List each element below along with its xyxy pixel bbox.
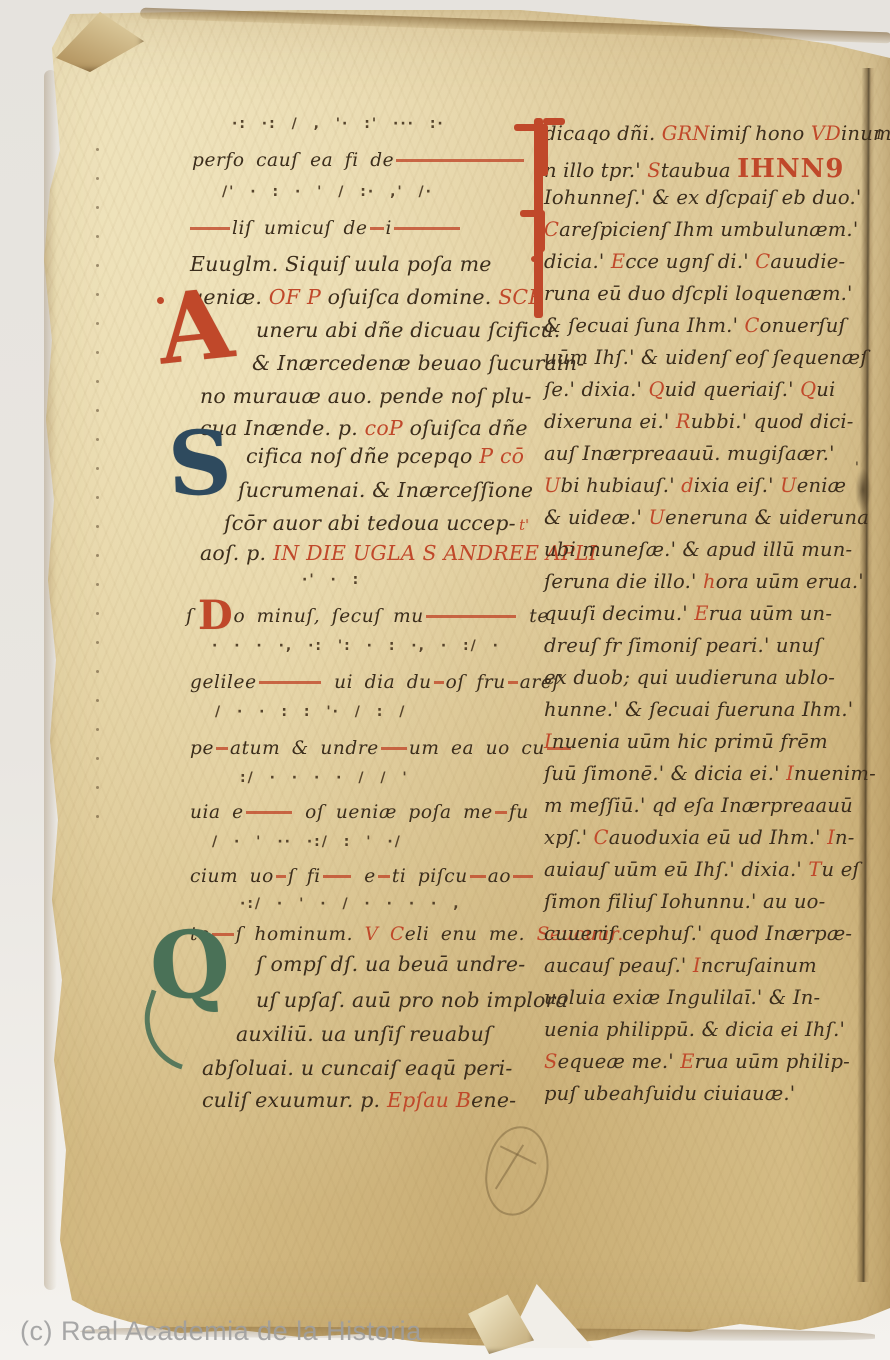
red-dot <box>157 297 164 304</box>
prick-mark <box>96 235 99 238</box>
rubric-text: E <box>694 602 708 625</box>
gospel-text-line: m meſſiū.' qd eſa Inærpreaauū <box>544 794 853 817</box>
body-text: ſ fi <box>288 866 321 887</box>
rubric-text: I <box>693 954 701 977</box>
prick-mark <box>96 380 99 383</box>
gospel-text-line: & uideæ.' Ueneruna & uideruna <box>544 506 869 529</box>
body-text: rua uūm un- <box>709 602 832 625</box>
gospel-text-line: ſeruna die illo.' hora uūm erua.' <box>544 570 864 593</box>
body-text: auudie- <box>770 250 845 273</box>
text-line: aoſ. p. IN DIE UGLA S ANDREE APLI <box>190 541 597 565</box>
body-text: i <box>386 218 393 239</box>
rubric-text: C <box>755 250 770 273</box>
body-text: nuenim- <box>794 762 876 785</box>
text-line: abſoluai. u cuncaiſ eaqū peri- <box>190 1056 513 1080</box>
body-text: onuerſuſ <box>760 314 846 337</box>
text-line: cua Inænde. p. coP oſuiſca dñe <box>190 416 528 440</box>
prick-mark <box>96 583 99 586</box>
chant-extender-line <box>216 747 228 750</box>
rubric-text: Q <box>648 378 664 401</box>
rubric-text: I <box>827 826 835 849</box>
chant-line: perfo cauſ ea fi de <box>192 150 526 171</box>
body-text: ti piſcu <box>392 866 468 887</box>
chant-extender-line <box>370 227 384 230</box>
body-text: runa eū duo dſcpli loquenæm.' <box>544 282 853 305</box>
body-text: auoduxia eū ud Ihm.' <box>609 826 827 849</box>
chant-extender-line <box>394 227 460 230</box>
body-text: no murauæ auo. pende noſ plu- <box>200 384 532 408</box>
initial-arm <box>520 210 538 217</box>
body-text: pe <box>190 738 214 759</box>
rubric-text: coP <box>365 416 403 440</box>
text-line: auxiliū. ua unſiſ reuabuſ <box>190 1022 492 1046</box>
body-text: ene- <box>471 1088 516 1112</box>
text-line: ſcōr auor abi tedoua uccep- <box>190 511 516 535</box>
gospel-text-line: runa eū duo dſcpli loquenæm.' <box>544 282 853 305</box>
body-text: ao <box>488 866 511 887</box>
prick-mark <box>96 699 99 702</box>
body-text: eniæ <box>797 474 846 497</box>
body-text: abſoluai. u cuncaiſ eaqū peri- <box>202 1056 513 1080</box>
line-filler-ornament <box>520 210 545 252</box>
neume-row: /' · : · ' / :· ,' /· <box>222 184 433 200</box>
body-text: aoſ. p. <box>200 541 273 565</box>
rubric-text: OF P <box>269 285 321 309</box>
rubric-text: IHNN9 <box>737 154 844 184</box>
body-text: dreuſ fr ſimoniſ peari.' unuſ <box>544 634 822 657</box>
body-text: uūm Ihſ.' & uidenſ eoſ ſequenæſ <box>544 346 868 369</box>
gospel-text-line: puſ ubeahſuidu ciuiauæ.' <box>544 1082 795 1105</box>
initial-D: D <box>198 598 233 634</box>
gospel-text-line: n illo tpr.' Staubua IHNN9 <box>544 154 844 184</box>
body-text: cium uo <box>190 866 274 887</box>
body-text: eneruna & uideruna <box>665 506 869 529</box>
rubric-text: GRN <box>662 122 710 145</box>
body-text: oſ fru <box>446 672 506 693</box>
chant-extender-line <box>246 811 292 814</box>
body-text: taubua <box>661 159 737 182</box>
body-text: um ea uo cu <box>409 738 545 759</box>
gospel-text-line: Iohunneſ.' & ex dſcpaiſ eb duo.' <box>544 186 862 209</box>
body-text: aucauſ peauſ.' <box>544 954 693 977</box>
neume-row: :/ · · · · / / ' <box>240 770 409 786</box>
gospel-text-line: ex duob; qui uudieruna ublo- <box>544 666 835 689</box>
body-text: ſ hominum. <box>236 924 365 945</box>
chant-extender-line <box>381 747 407 750</box>
gospel-text-line: uoluia exiæ Ingulilaī.' & In- <box>544 986 820 1009</box>
gospel-text-line: Sequeæ me.' Erua uūm philip- <box>544 1050 850 1073</box>
body-text: o minuſ, ſecuſ mu <box>233 606 423 627</box>
rubric-text: E <box>680 1050 694 1073</box>
gospel-text-line: Careſpicienſ Ihm umbulunæm.' <box>544 218 858 241</box>
body-text: imiſ hono <box>710 122 811 145</box>
body-text: equeæ me.' <box>558 1050 681 1073</box>
rubric-text: C <box>390 924 405 945</box>
body-text: rua uūm philip- <box>695 1050 850 1073</box>
gospel-text-line: Ubi hubiauſ.' dixia eiſ.' Ueniæ <box>544 474 846 497</box>
chant-extender-line <box>378 875 390 878</box>
body-text: ui <box>816 378 835 401</box>
gospel-text-line: uenia philippū. & dicia ei Ihſ.' <box>544 1018 845 1041</box>
chant-extender-line <box>276 875 286 878</box>
chant-extender-line <box>323 875 351 878</box>
rubric-text: U <box>648 506 665 529</box>
doodle-line <box>500 1145 537 1164</box>
text-line: culiſ exuumur. p. Epſau Bene- <box>190 1088 516 1112</box>
body-text: auxiliū. ua unſiſ reuabuſ <box>236 1022 492 1046</box>
chant-extender-line <box>495 811 507 814</box>
body-text: ex duob; qui uudieruna ublo- <box>544 666 835 689</box>
chant-extender-line <box>396 159 524 162</box>
rubric-text: B <box>456 1088 471 1112</box>
body-text: ſ ompſ dſ. ua beuā undre- <box>256 952 525 976</box>
body-text: ſeruna die illo.' <box>544 570 703 593</box>
rubric-text: E <box>611 250 625 273</box>
chant-extender-line <box>259 681 321 684</box>
body-text: ſcōr auor abi tedoua uccep- <box>224 511 516 535</box>
body-text: nuenia uūm hic primū frēm <box>552 730 828 753</box>
rubric-text: I <box>786 762 794 785</box>
gospel-text-line: uūm Ihſ.' & uidenſ eoſ ſequenæſ <box>544 346 868 369</box>
rubric-text: d <box>681 474 694 497</box>
margin-mark: ' <box>855 460 859 476</box>
prick-mark <box>96 206 99 209</box>
rubric-text: I <box>544 730 552 753</box>
chant-extender-line <box>470 875 486 878</box>
red-dot <box>531 256 537 262</box>
body-text: cce ugnſ di.' <box>625 250 755 273</box>
neume-row: · · · ·, ·: ': · : ·, · :/ · <box>212 638 500 654</box>
text-line: no murauæ auo. pende noſ plu- <box>190 384 532 408</box>
body-text: bi hubiauſ.' <box>561 474 682 497</box>
body-text: ui dia du <box>323 672 432 693</box>
prick-mark <box>96 641 99 644</box>
initial-arm <box>514 124 540 131</box>
gospel-text-line: ſuū ſimonē.' & dicia ei.' Inuenim- <box>544 762 876 785</box>
initial-stem <box>540 124 548 176</box>
body-text: uia e <box>190 802 244 823</box>
prick-mark <box>96 409 99 412</box>
body-text: auiauſ uūm eū Ihſ.' dixia.' <box>544 858 808 881</box>
body-text: hunne.' & ſecuai fueruna Ihm.' <box>544 698 853 721</box>
text-line: Euuglm. Siquiſ uula poſa me <box>190 252 492 276</box>
body-text: fu <box>509 802 529 823</box>
text-line: cifica noſ dñe pcepqo P cō <box>190 444 524 468</box>
body-text: uſ upſaſ. auū pro nob implora <box>256 988 568 1012</box>
initial-S: S <box>167 423 233 504</box>
neume-row: / · · : : '· / : / <box>215 704 406 720</box>
gospel-text-line: cuueriſ cephuſ.' quod Inærpæ- <box>544 922 852 945</box>
body-text: ſe.' dixia.' <box>544 378 648 401</box>
chant-extender-line <box>190 227 230 230</box>
body-text: quuſi decimu.' <box>544 602 694 625</box>
body-text: perfo cauſ ea fi de <box>192 150 394 171</box>
prick-mark <box>96 612 99 615</box>
rubric-text: S <box>647 159 661 182</box>
body-text: & Inærcedenæ beuao ſucurain- <box>252 351 584 375</box>
body-text: oſ ueniæ poſa me <box>294 802 493 823</box>
chant-line: uia e oſ ueniæ poſa mefu <box>190 802 529 823</box>
text-line: ſ ompſ dſ. ua beuā undre- <box>190 952 525 976</box>
neume-row: / · ' ·· ·:/ : ' ·/ <box>212 834 402 850</box>
body-text: auſ Inærpreaauū. mugiſaær.' <box>544 442 835 465</box>
prick-mark <box>96 264 99 267</box>
body-text: Euuglm. Siquiſ uula poſa me <box>190 252 492 276</box>
gospel-text-line: ſe.' dixia.' Quid queriaiſ.' Qui <box>544 378 836 401</box>
body-text: e <box>353 866 376 887</box>
copyright-watermark: (c) Real Academia de la Historia <box>20 1316 422 1347</box>
prick-mark <box>96 322 99 325</box>
body-text: ubi muneſæ.' & apud illū mun- <box>544 538 852 561</box>
initial-A: A <box>154 280 237 374</box>
gospel-text-line: Inuenia uūm hic primū frēm <box>544 730 828 753</box>
rubric-text: T <box>808 858 821 881</box>
chant-extender-line <box>426 615 516 618</box>
chant-line: peatum & undreum ea uo cu <box>190 738 573 759</box>
gospel-text-line: ubi muneſæ.' & apud illū mun- <box>544 538 852 561</box>
chant-extender-line <box>508 681 518 684</box>
prick-mark <box>96 293 99 296</box>
rubric-text: h <box>703 570 716 593</box>
margin-mark: t' <box>519 516 529 534</box>
initial-stem <box>538 210 545 252</box>
body-text: u eſ <box>822 858 860 881</box>
body-text: m meſſiū.' qd eſa Inærpreaauū <box>544 794 853 817</box>
gospel-text-line: quuſi decimu.' Erua uūm un- <box>544 602 832 625</box>
body-text: uoluia exiæ Ingulilaī.' & In- <box>544 986 820 1009</box>
rubric-text: P cō <box>479 444 524 468</box>
gospel-text-line: hunne.' & ſecuai fueruna Ihm.' <box>544 698 853 721</box>
gospel-text-line: auſ Inærpreaauū. mugiſaær.' <box>544 442 835 465</box>
gospel-text-line: xpſ.' Cauoduxia eū ud Ihm.' In- <box>544 826 855 849</box>
prick-mark <box>96 438 99 441</box>
prick-mark <box>96 757 99 760</box>
rubric-text: Epſau <box>387 1088 449 1112</box>
rubric-text: S <box>544 1050 558 1073</box>
rubric-text: Q <box>800 378 816 401</box>
body-text: n- <box>835 826 855 849</box>
rubric-text: R <box>676 410 691 433</box>
gospel-text-line: dixeruna ei.' Rubbi.' quod dici- <box>544 410 854 433</box>
body-text: oſuiſca dñe <box>403 416 528 440</box>
body-text: uid queriaiſ.' <box>665 378 800 401</box>
body-text: & ſecuai ſuna Ihm.' <box>544 314 745 337</box>
gospel-text-line: dicaqo dñi. GRNimiſ hono VDinume. <box>544 122 890 145</box>
rubric-text: U <box>544 474 561 497</box>
prick-mark <box>96 728 99 731</box>
chant-line: gelilee ui dia duoſ fruareſ <box>190 672 560 693</box>
prick-mark <box>96 670 99 673</box>
body-text: atum & undre <box>230 738 379 759</box>
body-text: uneru abi dñe dicuau ſcificu. <box>256 318 561 342</box>
prick-mark <box>96 815 99 818</box>
gospel-text-line: ſimon filiuſ Iohunnu.' au uo- <box>544 890 825 913</box>
body-text: ncruſainum <box>701 954 817 977</box>
text-line: ueniæ. OF P oſuiſca domine. SCR <box>190 285 544 309</box>
body-text: ora uūm erua.' <box>716 570 864 593</box>
body-text: ubbi.' quod dici- <box>691 410 854 433</box>
rubric-text: VD <box>811 122 841 145</box>
body-text: ſucrumenai. & Inærceſſione <box>238 478 533 502</box>
prick-mark <box>96 496 99 499</box>
text-line: uſ upſaſ. auū pro nob implora <box>190 988 568 1012</box>
page-left-edge <box>44 70 57 1290</box>
body-text: ſuū ſimonē.' & dicia ei.' <box>544 762 786 785</box>
prick-mark <box>96 351 99 354</box>
body-text: culiſ exuumur. p. <box>202 1088 387 1112</box>
gospel-text-line: auiauſ uūm eū Ihſ.' dixia.' Tu eſ <box>544 858 860 881</box>
prick-mark <box>96 467 99 470</box>
prick-mark <box>96 554 99 557</box>
body-text: ſimon filiuſ Iohunnu.' au uo- <box>544 890 825 913</box>
prick-mark <box>96 786 99 789</box>
gospel-text-line: aucauſ peauſ.' Incruſainum <box>544 954 817 977</box>
text-line: & Inærcedenæ beuao ſucurain- <box>190 351 584 375</box>
gospel-text-line: dicia.' Ecce ugnſ di.' Cauudie- <box>544 250 845 273</box>
rubric-text: C <box>745 314 760 337</box>
body-text: xpſ.' <box>544 826 594 849</box>
body-text: cuueriſ cephuſ.' quod Inærpæ- <box>544 922 852 945</box>
body-text: dixeruna ei.' <box>544 410 676 433</box>
body-text: Iohunneſ.' & ex dſcpaiſ eb duo.' <box>544 186 862 209</box>
photo-stage: ·: ·: / , '· :' ··· :·perfo cauſ ea fi d… <box>0 0 890 1360</box>
body-text: puſ ubeahſuidu ciuiauæ.' <box>544 1082 795 1105</box>
rubric-text: U <box>780 474 797 497</box>
prick-mark <box>96 525 99 528</box>
chant-line: liſ umicuſ dei <box>188 218 462 239</box>
body-text: ſ <box>186 606 193 627</box>
rubric-text: C <box>594 826 609 849</box>
margin-mark: 1 <box>875 128 883 143</box>
neume-row: ·:/ · ' · / · · · · , <box>240 896 461 912</box>
chant-line: cium uoſ fi eti piſcuao <box>190 866 535 887</box>
body-text: uenia philippū. & dicia ei Ihſ.' <box>544 1018 845 1041</box>
neume-row: ·: ·: / , '· :' ··· :· <box>232 116 445 132</box>
chant-extender-line <box>434 681 444 684</box>
body-text: gelilee <box>190 672 257 693</box>
line-filler-ornament <box>514 124 548 176</box>
rubric-text: V <box>365 924 390 945</box>
text-line: ſucrumenai. & Inærceſſione <box>190 478 533 502</box>
prick-mark <box>96 177 99 180</box>
gospel-text-line: dreuſ fr ſimoniſ peari.' unuſ <box>544 634 822 657</box>
prick-mark <box>96 148 99 151</box>
body-text: oſuiſca domine. <box>321 285 498 309</box>
chant-extender-line <box>513 875 533 878</box>
gospel-text-line: & ſecuai ſuna Ihm.' Conuerſuſ <box>544 314 846 337</box>
body-text: areſpicienſ Ihm umbulunæm.' <box>559 218 858 241</box>
body-text <box>449 1088 456 1112</box>
body-text: liſ umicuſ de <box>232 218 368 239</box>
body-text: eli enu me. <box>405 924 537 945</box>
body-text: cifica noſ dñe pcepqo <box>246 444 479 468</box>
text-line: uneru abi dñe dicuau ſcificu. <box>190 318 561 342</box>
chant-line: ſo minuſ, ſecuſ mu te <box>186 606 549 627</box>
body-text: & uideæ.' <box>544 506 648 529</box>
body-text: ixia eiſ.' <box>694 474 780 497</box>
neume-row: ·' · : <box>302 572 360 588</box>
